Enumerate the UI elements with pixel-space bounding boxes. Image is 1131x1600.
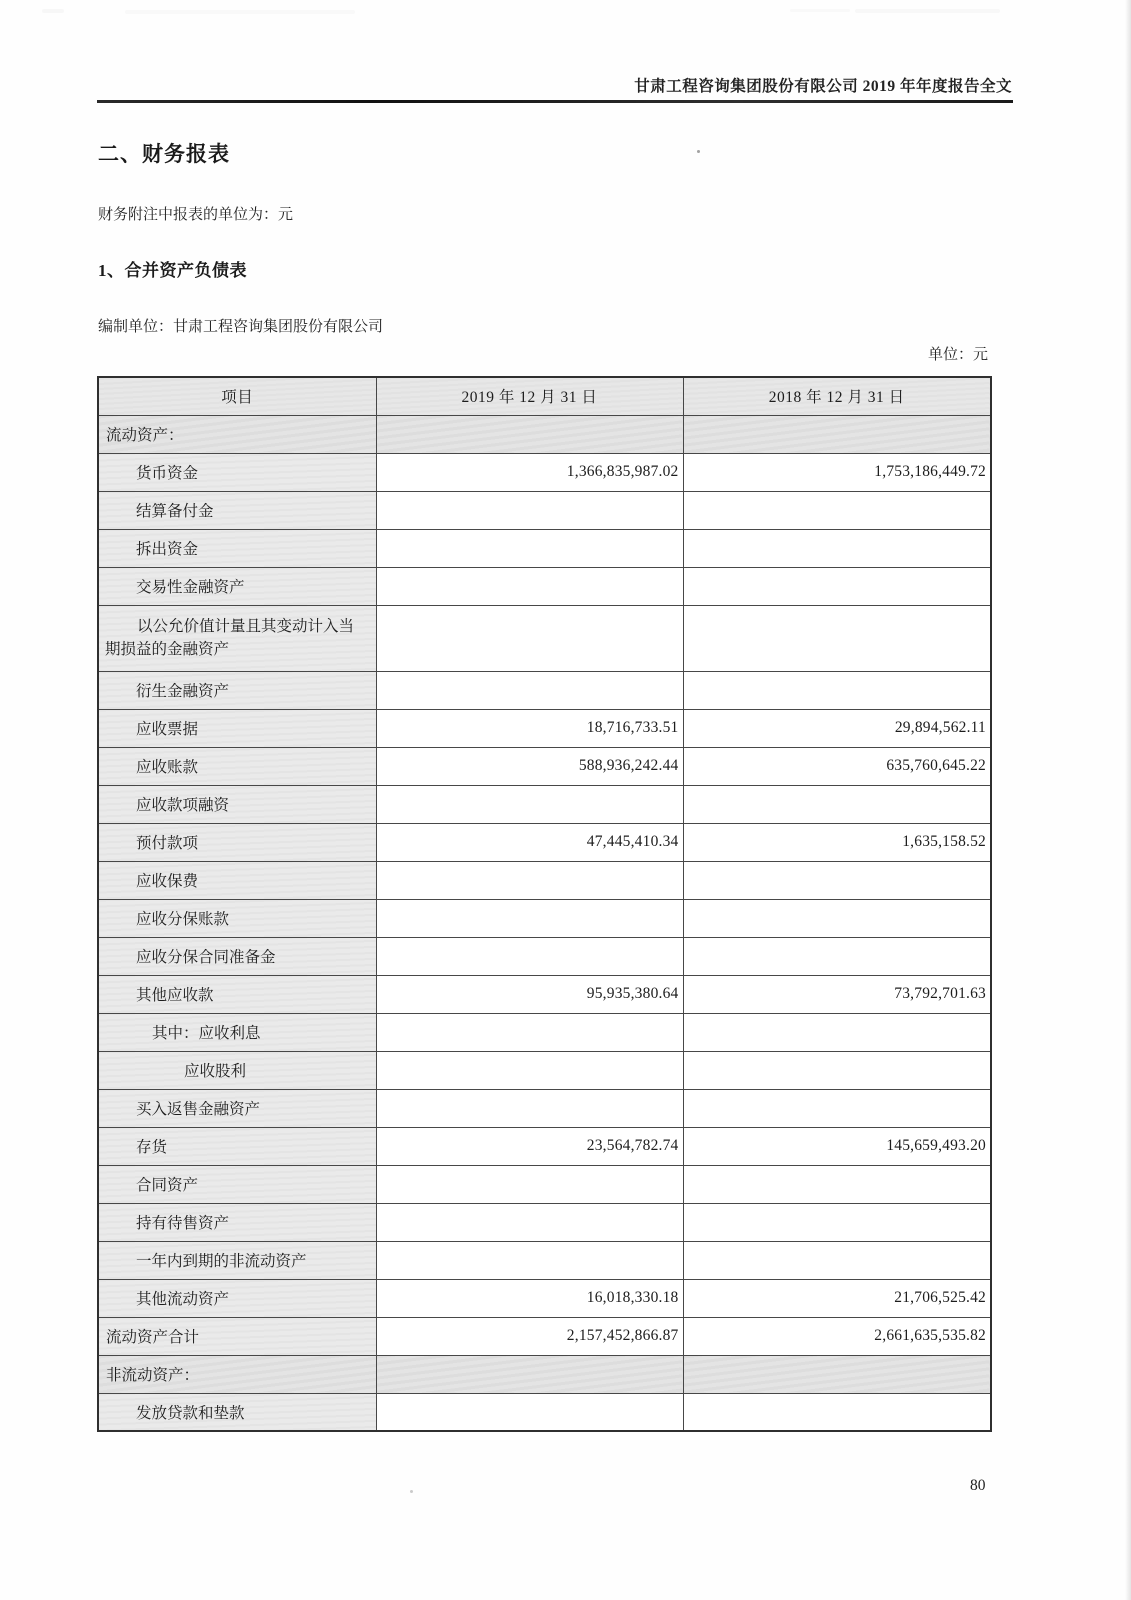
row-label: 预付款项	[98, 823, 376, 861]
table-body: 流动资产：货币资金1,366,835,987.021,753,186,449.7…	[98, 415, 991, 1431]
table-row: 预付款项47,445,410.341,635,158.52	[98, 823, 991, 861]
value-2018	[683, 899, 991, 937]
table-row: 一年内到期的非流动资产	[98, 1241, 991, 1279]
table-header-row: 项目 2019 年 12 月 31 日 2018 年 12 月 31 日	[98, 377, 991, 415]
report-header: 甘肃工程咨询集团股份有限公司 2019 年年度报告全文	[97, 74, 1012, 96]
row-label: 应收股利	[98, 1051, 376, 1089]
column-header-item: 项目	[98, 377, 376, 415]
prepared-by-line: 编制单位：甘肃工程咨询集团股份有限公司	[98, 315, 383, 336]
unit-note: 财务附注中报表的单位为：元	[98, 203, 293, 224]
table-row: 其中：应收利息	[98, 1013, 991, 1051]
value-2018	[683, 1013, 991, 1051]
table-row: 应收股利	[98, 1051, 991, 1089]
value-2019: 588,936,242.44	[376, 747, 683, 785]
row-label: 存货	[98, 1127, 376, 1165]
row-label: 持有待售资产	[98, 1203, 376, 1241]
value-2018	[683, 415, 991, 453]
row-label: 结算备付金	[98, 491, 376, 529]
scan-edge-shadow	[1125, 0, 1131, 1600]
row-label: 应收账款	[98, 747, 376, 785]
value-2019	[376, 1355, 683, 1393]
value-2019: 95,935,380.64	[376, 975, 683, 1013]
value-2018	[683, 491, 991, 529]
value-2019	[376, 1051, 683, 1089]
table-row: 持有待售资产	[98, 1203, 991, 1241]
value-2018	[683, 1051, 991, 1089]
value-2019	[376, 1203, 683, 1241]
value-2018	[683, 1165, 991, 1203]
subsection-title: 1、合并资产负债表	[98, 256, 247, 281]
value-2018: 73,792,701.63	[683, 975, 991, 1013]
row-label: 其他应收款	[98, 975, 376, 1013]
value-2018: 1,635,158.52	[683, 823, 991, 861]
value-2019	[376, 671, 683, 709]
table-row: 应收款项融资	[98, 785, 991, 823]
row-label: 流动资产：	[98, 415, 376, 453]
table-row: 其他流动资产16,018,330.1821,706,525.42	[98, 1279, 991, 1317]
row-label: 买入返售金融资产	[98, 1089, 376, 1127]
value-2019	[376, 567, 683, 605]
value-2019	[376, 491, 683, 529]
row-label: 交易性金融资产	[98, 567, 376, 605]
column-header-2019: 2019 年 12 月 31 日	[376, 377, 683, 415]
value-2019	[376, 1013, 683, 1051]
value-2019	[376, 937, 683, 975]
table-row: 交易性金融资产	[98, 567, 991, 605]
value-2019: 18,716,733.51	[376, 709, 683, 747]
value-2018	[683, 1203, 991, 1241]
row-label: 拆出资金	[98, 529, 376, 567]
value-2018: 21,706,525.42	[683, 1279, 991, 1317]
row-label: 货币资金	[98, 453, 376, 491]
row-label: 应收分保合同准备金	[98, 937, 376, 975]
value-2018	[683, 567, 991, 605]
value-2018	[683, 1089, 991, 1127]
table-row: 应收票据18,716,733.5129,894,562.11	[98, 709, 991, 747]
table-row: 合同资产	[98, 1165, 991, 1203]
row-label: 发放贷款和垫款	[98, 1393, 376, 1431]
row-label: 其中：应收利息	[98, 1013, 376, 1051]
value-2019	[376, 415, 683, 453]
row-label: 应收保费	[98, 861, 376, 899]
scan-artifact	[790, 9, 850, 12]
value-2019	[376, 1241, 683, 1279]
scan-speck	[697, 150, 700, 153]
table-row: 其他应收款95,935,380.6473,792,701.63	[98, 975, 991, 1013]
row-label: 非流动资产：	[98, 1355, 376, 1393]
value-2018: 635,760,645.22	[683, 747, 991, 785]
value-2018	[683, 785, 991, 823]
balance-sheet-table: 项目 2019 年 12 月 31 日 2018 年 12 月 31 日 流动资…	[97, 376, 992, 1432]
value-2018: 145,659,493.20	[683, 1127, 991, 1165]
row-label: 以公允价值计量且其变动计入当 期损益的金融资产	[98, 605, 376, 671]
value-2018	[683, 1393, 991, 1431]
table-row: 流动资产合计2,157,452,866.872,661,635,535.82	[98, 1317, 991, 1355]
value-2019	[376, 1089, 683, 1127]
value-2018	[683, 605, 991, 671]
table-row: 应收分保合同准备金	[98, 937, 991, 975]
table-row: 发放贷款和垫款	[98, 1393, 991, 1431]
scan-artifact	[125, 10, 355, 14]
table-row: 以公允价值计量且其变动计入当 期损益的金融资产	[98, 605, 991, 671]
value-2018: 29,894,562.11	[683, 709, 991, 747]
value-2019	[376, 1393, 683, 1431]
scan-speck	[410, 1490, 413, 1493]
value-2019	[376, 899, 683, 937]
table-row: 衍生金融资产	[98, 671, 991, 709]
unit-label: 单位：元	[97, 343, 988, 364]
value-2018: 1,753,186,449.72	[683, 453, 991, 491]
row-label: 合同资产	[98, 1165, 376, 1203]
page-title: 二、财务报表	[98, 138, 230, 168]
value-2018	[683, 861, 991, 899]
document-page: 甘肃工程咨询集团股份有限公司 2019 年年度报告全文 二、财务报表 财务附注中…	[0, 0, 1131, 1600]
value-2019: 16,018,330.18	[376, 1279, 683, 1317]
value-2019: 47,445,410.34	[376, 823, 683, 861]
page-number: 80	[970, 1477, 986, 1495]
value-2019	[376, 1165, 683, 1203]
value-2019	[376, 861, 683, 899]
row-label: 其他流动资产	[98, 1279, 376, 1317]
scan-artifact	[42, 9, 64, 13]
value-2018	[683, 937, 991, 975]
table-row: 买入返售金融资产	[98, 1089, 991, 1127]
table-row: 应收分保账款	[98, 899, 991, 937]
table-row: 存货23,564,782.74145,659,493.20	[98, 1127, 991, 1165]
value-2018: 2,661,635,535.82	[683, 1317, 991, 1355]
table-row: 拆出资金	[98, 529, 991, 567]
column-header-2018: 2018 年 12 月 31 日	[683, 377, 991, 415]
table-row: 货币资金1,366,835,987.021,753,186,449.72	[98, 453, 991, 491]
section-row: 非流动资产：	[98, 1355, 991, 1393]
value-2018	[683, 529, 991, 567]
value-2018	[683, 1241, 991, 1279]
value-2018	[683, 671, 991, 709]
row-label: 衍生金融资产	[98, 671, 376, 709]
row-label: 应收款项融资	[98, 785, 376, 823]
value-2019: 23,564,782.74	[376, 1127, 683, 1165]
value-2018	[683, 1355, 991, 1393]
table-row: 结算备付金	[98, 491, 991, 529]
scan-artifact	[855, 9, 1000, 13]
row-label: 应收分保账款	[98, 899, 376, 937]
table-row: 应收账款588,936,242.44635,760,645.22	[98, 747, 991, 785]
value-2019	[376, 529, 683, 567]
value-2019	[376, 605, 683, 671]
row-label: 流动资产合计	[98, 1317, 376, 1355]
value-2019	[376, 785, 683, 823]
header-divider	[97, 100, 1013, 103]
section-row: 流动资产：	[98, 415, 991, 453]
table-row: 应收保费	[98, 861, 991, 899]
row-label: 一年内到期的非流动资产	[98, 1241, 376, 1279]
row-label: 应收票据	[98, 709, 376, 747]
value-2019: 2,157,452,866.87	[376, 1317, 683, 1355]
value-2019: 1,366,835,987.02	[376, 453, 683, 491]
